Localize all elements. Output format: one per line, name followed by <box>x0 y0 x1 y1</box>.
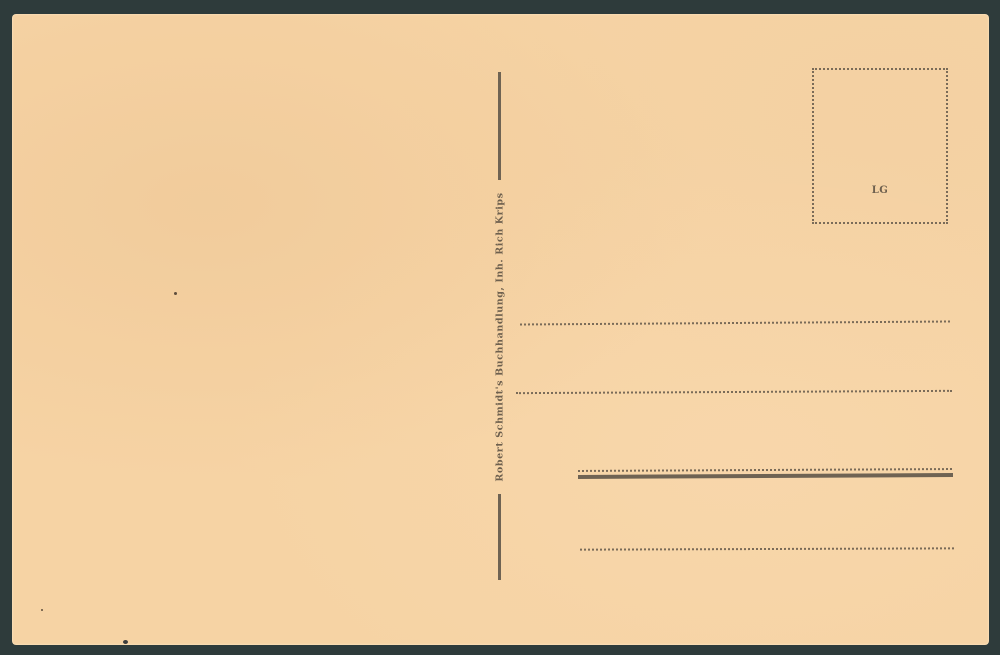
publisher-imprint: Robert Schmidt's Buchhandlung, Inh. Rich… <box>495 192 506 481</box>
paper-speck <box>123 640 128 644</box>
address-line-3-underline <box>578 473 953 479</box>
paper-speck <box>174 292 177 295</box>
address-line-1 <box>520 320 950 325</box>
address-line-2 <box>516 390 952 394</box>
center-divider: Robert Schmidt's Buchhandlung, Inh. Rich… <box>488 72 512 580</box>
paper-speck <box>41 609 43 611</box>
address-line-3 <box>578 468 952 472</box>
divider-line-bottom <box>498 494 501 580</box>
stamp-box: LG <box>812 68 948 224</box>
divider-line-top <box>498 72 501 180</box>
postcard-back: Robert Schmidt's Buchhandlung, Inh. Rich… <box>12 14 989 645</box>
address-line-4 <box>580 547 954 550</box>
stamp-box-label: LG <box>814 185 946 196</box>
